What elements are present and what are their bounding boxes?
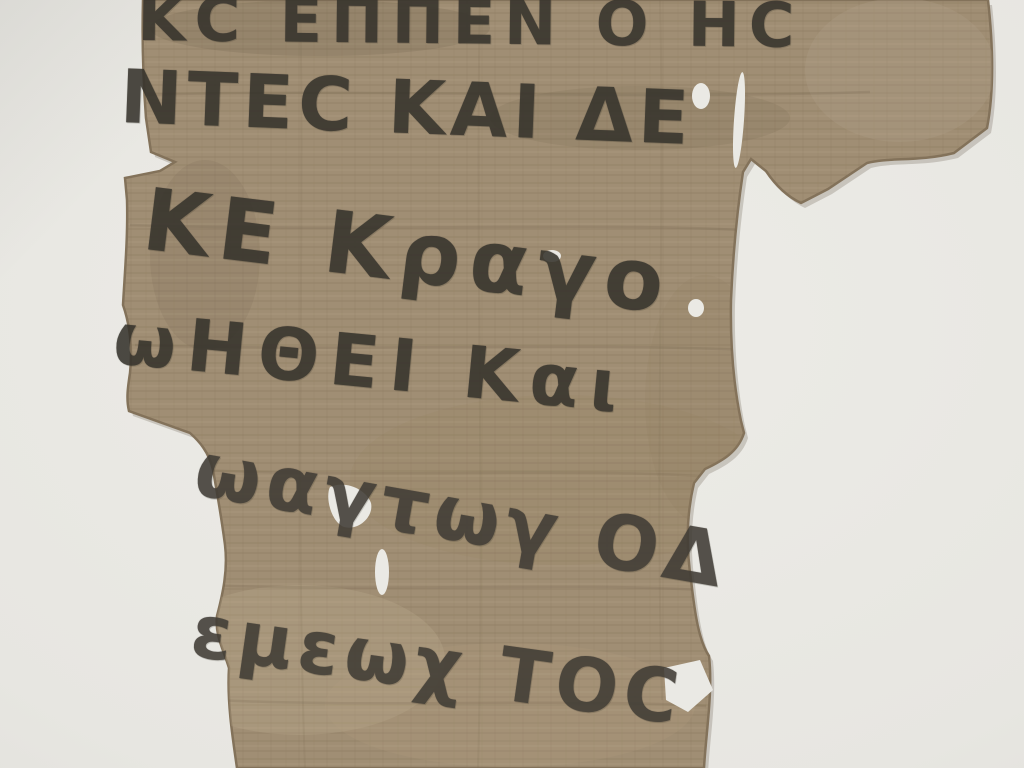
manuscript-line-1: ΚϹ ΕΠΠΕΝ Ο ΗϹ: [137, 0, 804, 62]
papyrus-photo-scene: ΚϹ ΕΠΠΕΝ Ο ΗϹ ΝΤΕϹ ΚΑΙ ΔΕ ΚΕ Κραγο ωΗΘΕΙ…: [0, 0, 1024, 768]
